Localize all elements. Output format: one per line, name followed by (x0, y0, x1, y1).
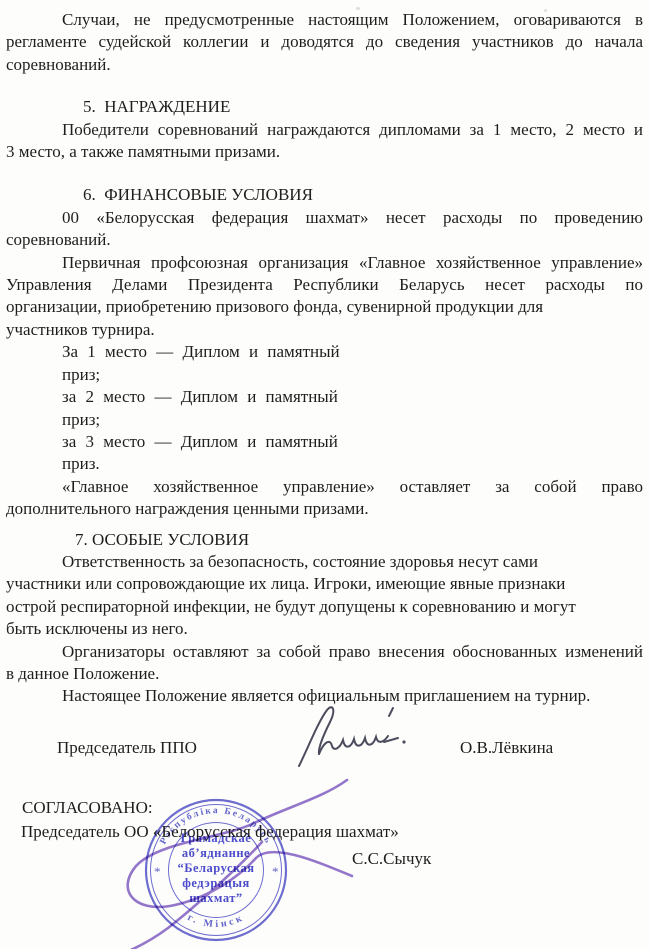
text-line: острой респираторной инфекции, не будут … (6, 596, 643, 618)
approved-label: СОГЛАСОВАНО: (22, 797, 153, 819)
stamp-line: “Беларуская (177, 861, 254, 875)
text-line: 00 «Белорусская федерация шахмат» несет … (6, 207, 643, 229)
text-line: приз; (6, 364, 643, 386)
chair-ppo-name: О.В.Лёвкина (460, 737, 553, 759)
text-line: в данное Положение. (6, 663, 643, 685)
round-stamp-graphic: Рэспубліка Беларусь г. Мінск * * Грамадс… (142, 796, 290, 944)
scan-speck (356, 7, 360, 10)
text-line: Управления Делами Президента Республики … (6, 274, 643, 296)
round-stamp: Рэспубліка Беларусь г. Мінск * * Грамадс… (142, 796, 290, 944)
text-line: участников турнира. (6, 319, 643, 341)
stamp-star-right: * (272, 864, 279, 879)
approved-name: С.С.Сычук (352, 848, 431, 870)
text-line: соревнований. (6, 229, 643, 251)
text-line: дополнительного награждения ценными приз… (6, 498, 643, 520)
section-heading: 6. ФИНАНСОВЫЕ УСЛОВИЯ (6, 184, 643, 206)
text-line: Победители соревнований награждаются дип… (6, 119, 643, 141)
stamp-line: шахмат” (189, 891, 242, 905)
scanned-document-page: Случаи, не предусмотренные настоящим Пол… (0, 0, 650, 949)
text-line: приз; (6, 409, 643, 431)
text-line: Случаи, не предусмотренные настоящим Пол… (6, 9, 643, 31)
text-line: приз. (6, 453, 643, 475)
text-line: 3 место, а также памятными призами. (6, 141, 643, 163)
handwritten-signature-levkina (290, 698, 420, 778)
text-line: организации, приобретению призового фонд… (6, 296, 643, 318)
text-line: за 2 место — Диплом и памятный (6, 386, 643, 408)
text-line: «Главное хозяйственное управление» остав… (6, 476, 643, 498)
stamp-arc-bottom: г. Мінск (186, 912, 247, 930)
text-line: быть исключены из него. (6, 618, 643, 640)
text-line: За 1 место — Диплом и памятный (6, 341, 643, 363)
stamp-line: аб’яднанне (182, 846, 250, 860)
text-line: Настоящее Положение является официальным… (6, 685, 643, 707)
text-line: соревнований. (6, 54, 643, 76)
text-line: участники или сопровождающие их лица. Иг… (6, 573, 643, 595)
text-line: Организаторы оставляют за собой право вн… (6, 641, 643, 663)
stamp-line: федэрацыя (182, 876, 250, 890)
document-body: Случаи, не предусмотренные настоящим Пол… (0, 9, 650, 708)
section-heading: 5. НАГРАЖДЕНИЕ (6, 96, 643, 118)
chair-ppo-title: Председатель ППО (57, 737, 197, 759)
text-line: регламенте судейской коллегии и доводятс… (6, 31, 643, 53)
text-line: Первичная профсоюзная организация «Главн… (6, 252, 643, 274)
svg-text:г. Мінск: г. Мінск (186, 912, 247, 930)
text-line: за 3 место — Диплом и памятный (6, 431, 643, 453)
stamp-star-left: * (154, 864, 161, 879)
scan-speck (544, 9, 547, 12)
stamp-line: Грамадскае (181, 831, 252, 845)
section-heading: 7. ОСОБЫЕ УСЛОВИЯ (6, 529, 643, 551)
text-line: Ответственность за безопасность, состоян… (6, 551, 643, 573)
